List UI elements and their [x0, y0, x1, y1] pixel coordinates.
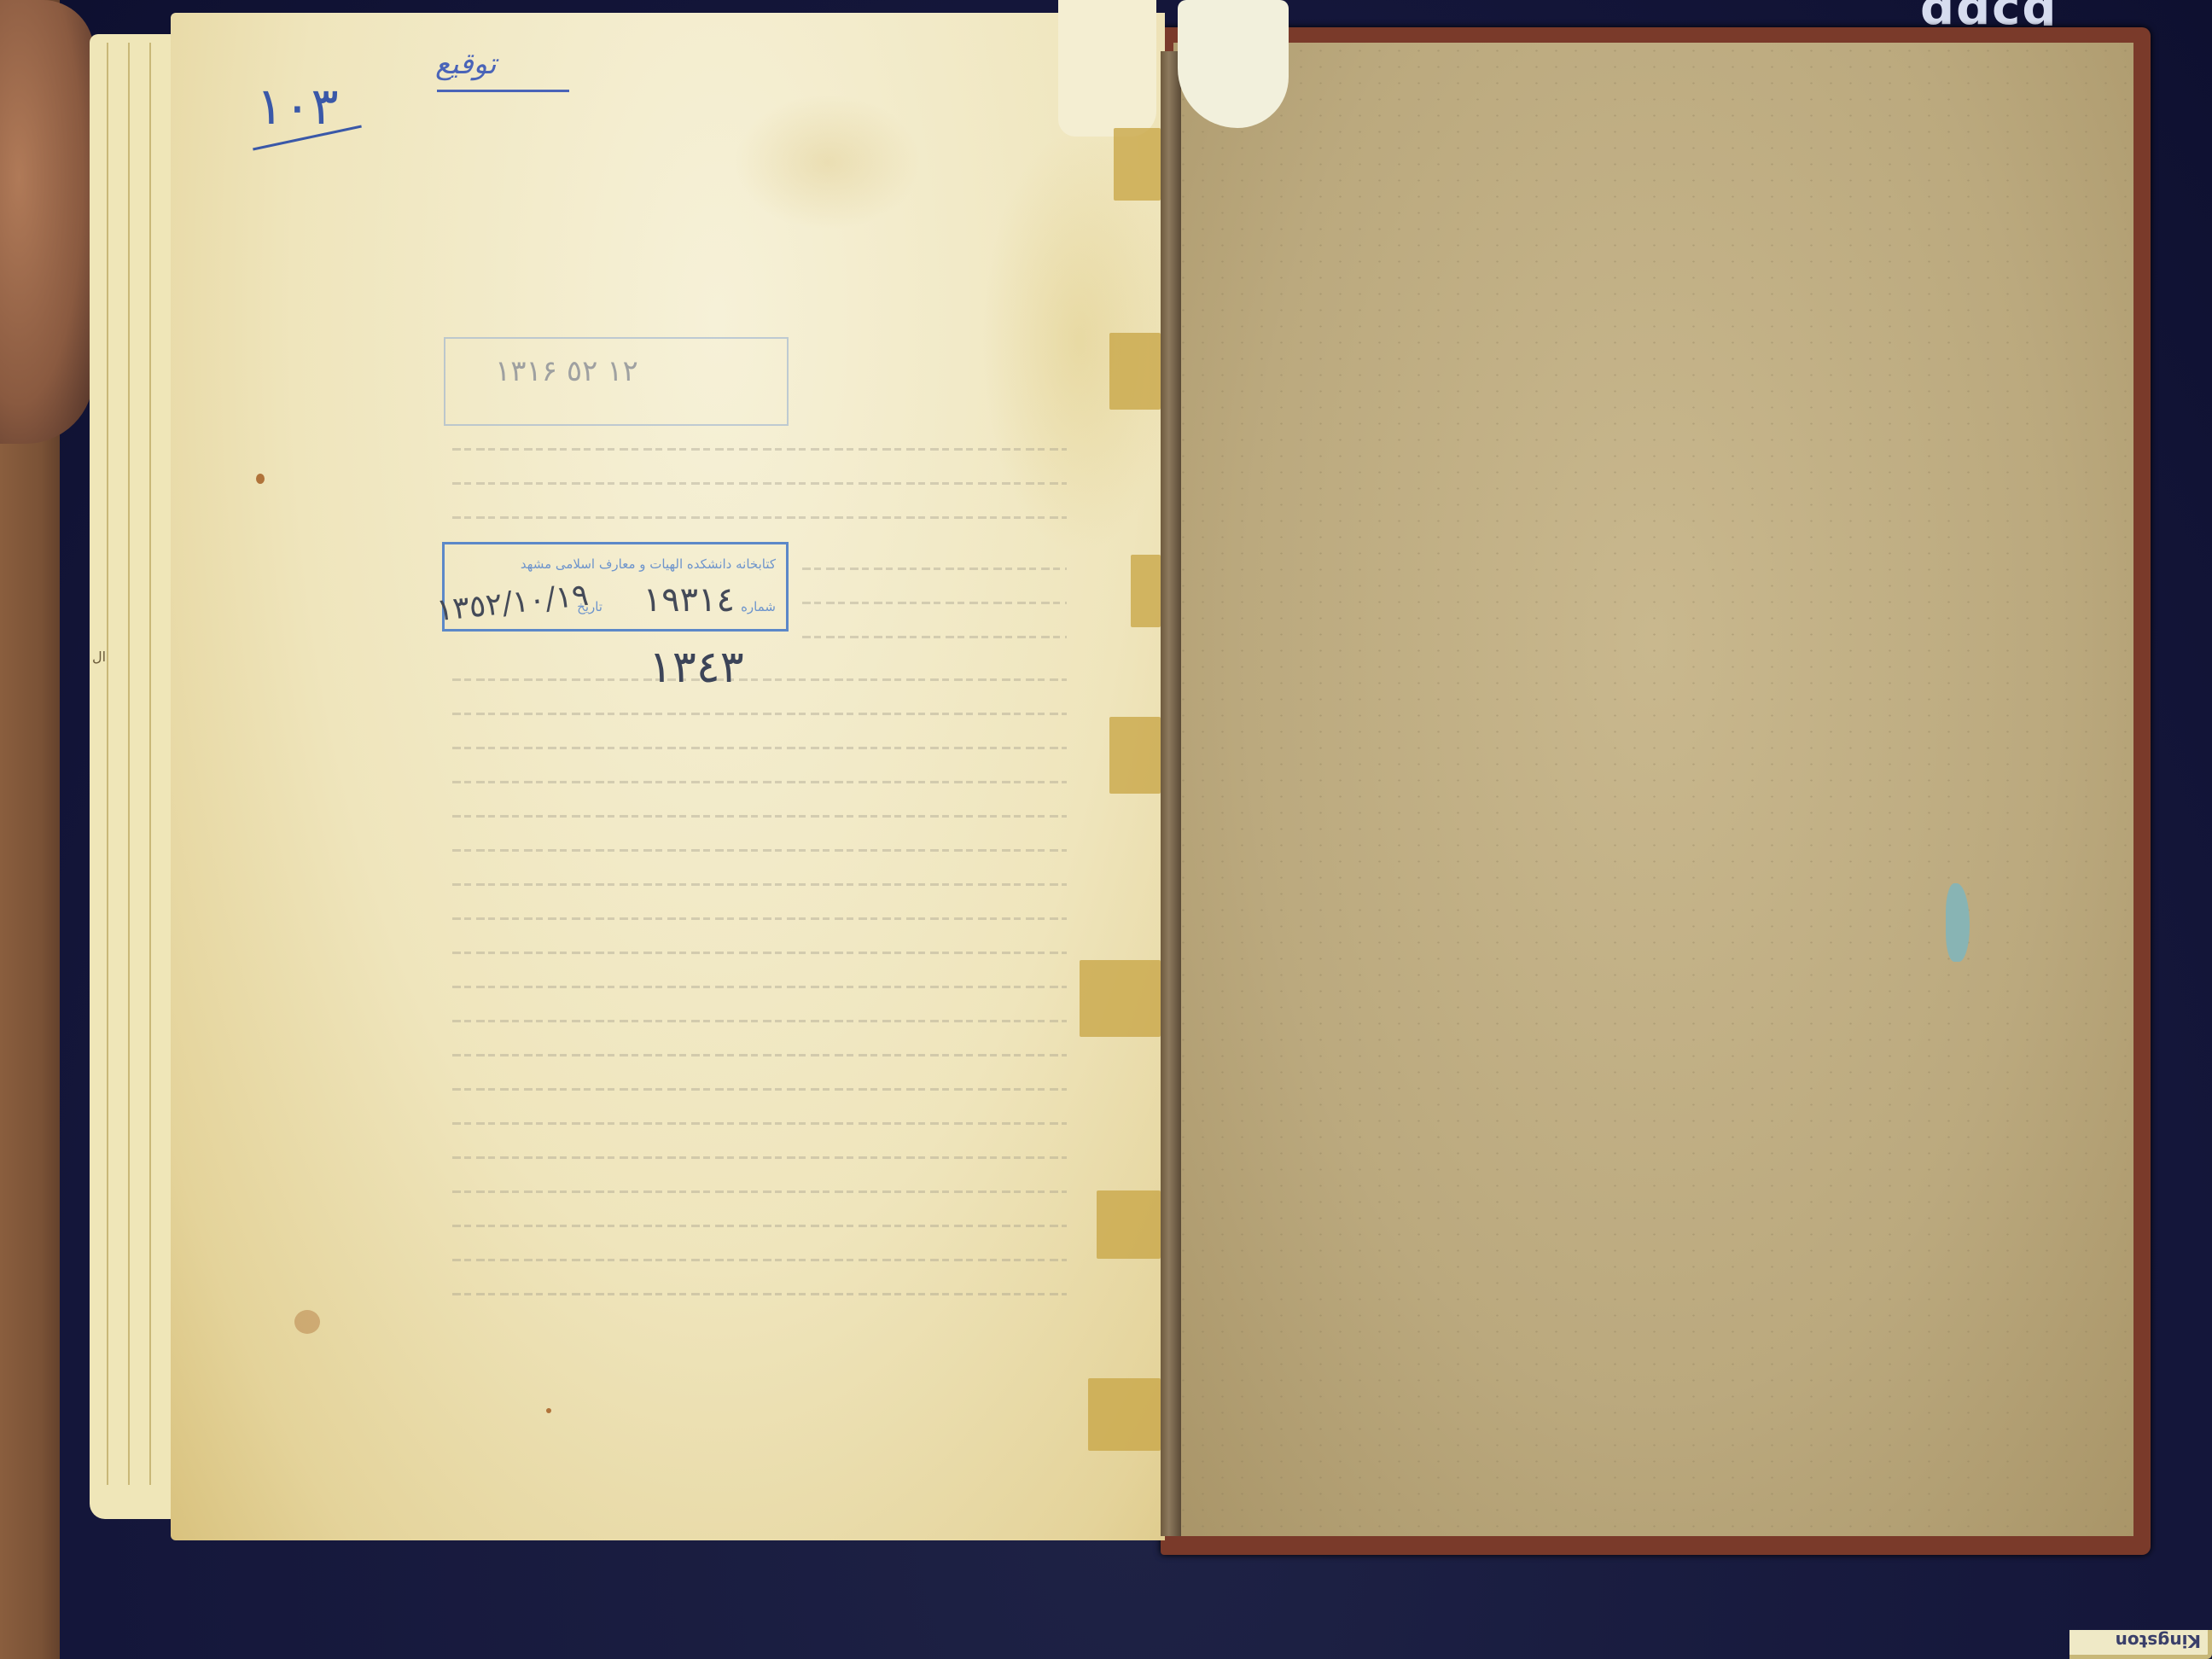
background-sticker-text: ddcq: [1920, 0, 2133, 26]
stamp-accession-number: ١٩٣١٤: [643, 580, 735, 620]
stamp-number-label: شماره: [741, 599, 776, 614]
library-stamp: کتابخانه دانشکده الهیات و معارف اسلامی م…: [442, 542, 789, 632]
mirrored-label-card: Kingston: [2069, 1630, 2212, 1659]
shelf-mark-number: ١٠٣: [256, 77, 339, 137]
inside-front-board: [1173, 43, 2133, 1536]
foxing-spot: [546, 1408, 551, 1413]
book-spine-gutter: [1161, 51, 1181, 1536]
water-stain: [734, 94, 922, 230]
faded-pencil-note: ١٢ ٥٢ ۱۳۱۶: [495, 354, 638, 388]
hand-holding-book: [0, 0, 94, 444]
repair-tape: [1109, 717, 1161, 794]
repair-tape: [1109, 333, 1161, 410]
repair-tape: [1131, 555, 1161, 627]
page-edge: [107, 43, 108, 1485]
ink-signature: توقیع: [435, 47, 497, 81]
repair-tape: [1088, 1378, 1161, 1451]
page-edge: [128, 43, 130, 1485]
signature-underline: [437, 90, 569, 92]
stamp-library-name: کتابخانه دانشکده الهیات و معارف اسلامی م…: [521, 556, 776, 572]
repair-tape: [1114, 128, 1161, 201]
margin-mark: ال: [92, 649, 106, 665]
repair-tape: [1080, 960, 1161, 1037]
manuscript-number: ١٣٤٣: [649, 642, 744, 693]
stamp-date-value: ١٣٥٢/١٠/١٩: [434, 578, 590, 628]
foxing-spot: [294, 1310, 320, 1334]
repair-tape: [1097, 1190, 1161, 1259]
page-edge: [149, 43, 151, 1485]
torn-paper-scrap: [1178, 0, 1289, 128]
torn-page-corner: [1058, 0, 1156, 137]
foxing-spot: [256, 474, 265, 484]
